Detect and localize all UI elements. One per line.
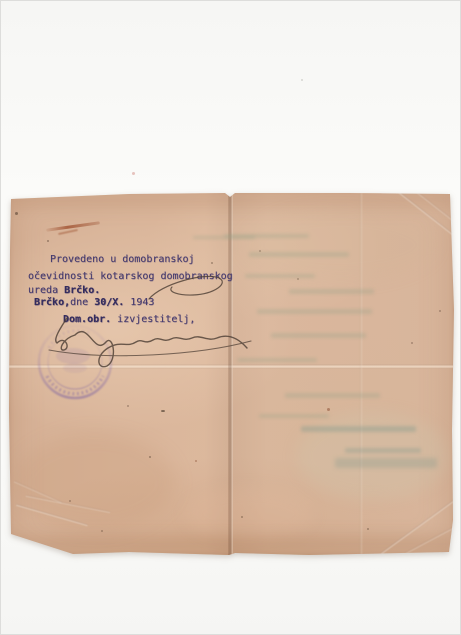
signer-title-abbr: Dom.obr. — [63, 314, 111, 325]
crease-bottom-right — [405, 520, 461, 555]
foxing-speck — [47, 240, 49, 242]
foxing-speck — [195, 460, 197, 462]
signer-title-line: Dom.obr.izvjestitelj, — [63, 314, 195, 325]
bleed-through-smudge — [237, 358, 317, 362]
date-year: 1943 — [130, 297, 154, 308]
stain-blotch — [185, 488, 313, 540]
crease-bottom-left — [16, 504, 88, 526]
foxing-speck — [411, 342, 413, 344]
bleed-through-smudge — [193, 236, 255, 239]
document-paper: Provedeno u domobranskoj očevidnosti kot… — [9, 190, 454, 555]
foxing-speck — [211, 262, 213, 264]
foxing-speck — [15, 212, 18, 215]
date-word: dne — [70, 297, 88, 308]
stain-blotch — [297, 412, 449, 500]
endorsement-line-1: Provedeno u domobranskoj — [50, 254, 195, 265]
bleed-through-smudge — [224, 234, 309, 238]
date-line: Brčko,dne30/X.1943 — [34, 297, 154, 308]
date-place: Brčko, — [34, 297, 70, 308]
foxing-speck — [367, 528, 369, 530]
bleed-through-smudge — [249, 252, 349, 257]
bleed-through-text-line — [345, 448, 421, 453]
foxing-speck — [327, 408, 330, 411]
foxing-speck — [161, 410, 165, 412]
endorsement-line-2: očevidnosti kotarskog domobranskog — [28, 271, 233, 282]
foxing-speck — [297, 278, 299, 280]
foxing-speck — [127, 405, 129, 407]
foxing-speck — [259, 250, 261, 252]
foxing-speck — [439, 310, 441, 312]
endorsement-line-3-word: ureda — [28, 285, 58, 296]
bleed-through-smudge — [257, 309, 372, 314]
bleed-through-smudge — [271, 333, 366, 338]
stain-blotch — [245, 210, 435, 280]
foxing-speck — [69, 500, 71, 502]
stain-blotch — [15, 434, 175, 530]
endorsement-place-name: Brčko. — [64, 285, 100, 296]
foxing-speck — [241, 516, 243, 518]
bleed-through-smudge — [285, 393, 380, 398]
endorsement-line-3: uredaBrčko. — [28, 285, 100, 296]
crease-bottom-left — [14, 481, 62, 504]
scanned-document-photo: Provedeno u domobranskoj očevidnosti kot… — [0, 0, 461, 635]
bleed-through-smudge — [259, 414, 329, 418]
signer-title-word: izvjestitelj, — [117, 314, 195, 325]
foxing-speck — [149, 456, 151, 458]
paper-shadow-wrap: Provedeno u domobranskoj očevidnosti kot… — [1, 1, 461, 635]
vertical-fold-line — [228, 190, 233, 555]
foxing-speck — [101, 530, 103, 532]
bleed-through-text-line — [335, 458, 437, 468]
crease-vertical-right-half — [360, 190, 362, 555]
date-day-month: 30/X. — [94, 297, 124, 308]
bleed-through-text-line — [301, 426, 416, 432]
scratch-mark — [58, 229, 78, 235]
bleed-through-smudge — [245, 274, 315, 278]
crease-top-right — [385, 181, 461, 242]
